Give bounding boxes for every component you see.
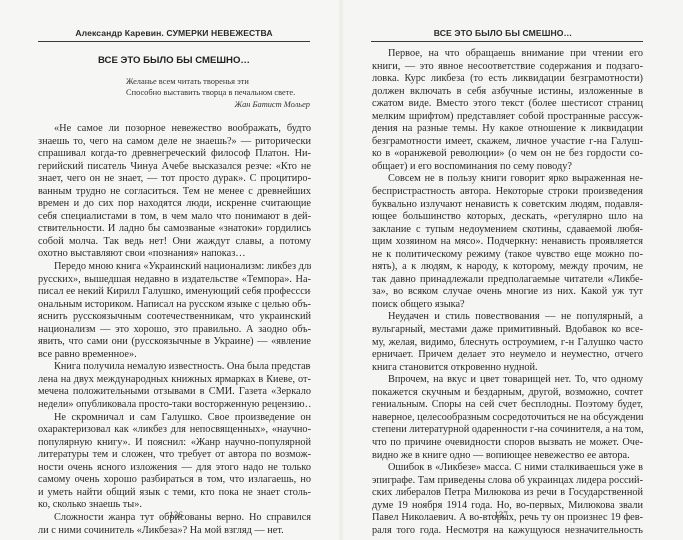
text-line: так давно принадлежали предполагаемые чи…	[372, 274, 643, 287]
text-line: ющее большинство которых, дескать, «регу…	[372, 211, 643, 224]
text-line: гениальным. Споры на сей счет бесплодны.…	[372, 399, 643, 412]
text-line: сжатом виде. Вместо этого текст (более ш…	[372, 98, 643, 111]
text-line: Не скромничал и сам Галушко. Свое произв…	[38, 412, 311, 425]
text-line: ли с ними сочинитель «Ликбеза»? На мой в…	[38, 525, 311, 538]
text-line: эпиграфе. Там приведены слова об украинц…	[372, 475, 643, 488]
text-line: щим хозяином на мясо». Подчеркну: ненави…	[372, 236, 643, 249]
left-page: Александр Каревин. СУМЕРКИ НЕВЕЖЕСТВА ВС…	[0, 0, 341, 540]
page-number-right: 137	[481, 510, 521, 520]
text-line: раля того года. Несмотря на кажущуюся не…	[372, 525, 643, 538]
text-line: знаешь то, чего на самом деле не знаешь?…	[38, 136, 311, 149]
text-line: популярную книгу». И пояснил: «Жанр науч…	[38, 437, 311, 450]
text-line: мечена положительными отзывами в СМИ. Га…	[38, 386, 311, 399]
text-line: знает, чего он не знает, — тот просто ду…	[38, 173, 311, 186]
text-line: охотно выставляют свои «познания» напока…	[38, 248, 311, 261]
text-line: мелким шрифтом) представляет собой прост…	[372, 111, 643, 124]
text-line: ности очень ясного изложения — для этого…	[38, 462, 311, 475]
text-line: русских», вышедшая недавно в издательств…	[38, 274, 311, 287]
text-line: яснить русскоязычным соотечественникам, …	[38, 311, 311, 324]
text-line: Первое, на что обращаешь внимание при чт…	[372, 48, 643, 61]
text-line: наверное, целесообразным сосредоточиться…	[372, 412, 643, 425]
text-line: Совсем не в пользу книги говорит ярко вы…	[372, 173, 643, 186]
text-line: книги, — это явное несоответствие содерж…	[372, 61, 643, 74]
text-line: ствительности. И ладно бы самозваные «зн…	[38, 223, 311, 236]
body-text-right: Первое, на что обращаешь внимание при чт…	[372, 48, 643, 537]
text-line: самому очень хорошо разбираться в том, ч…	[38, 474, 311, 487]
text-line: времен и до сих пор находятся люди, искр…	[38, 198, 311, 211]
running-head-right: ВСЕ ЭТО БЫЛО БЫ СМЕШНО…	[372, 28, 634, 38]
text-line: вульгарный, местами даже примитивный. Вд…	[372, 324, 643, 337]
text-line: ерничает. Причем делает это неумело и не…	[372, 349, 643, 362]
text-line: не к политическому режиму (такое чувство…	[372, 249, 643, 262]
text-line: спрашивал когда-то древнегреческий филос…	[38, 148, 311, 161]
text-line: беспристрастность автора. Некоторые стро…	[372, 186, 643, 199]
running-head-left: Александр Каревин. СУМЕРКИ НЕВЕЖЕСТВА	[38, 28, 310, 38]
text-line: нять), а к людям, к народу, к которому, …	[372, 261, 643, 274]
text-line: книга становится откровенно нудной.	[372, 362, 643, 375]
text-line: общает) и его воспоминания по сему повод…	[372, 161, 643, 174]
text-line: Впрочем, на вкус и цвет товарищей нет. Т…	[372, 374, 643, 387]
right-page: ВСЕ ЭТО БЫЛО БЫ СМЕШНО… Первое, на что о…	[341, 0, 683, 540]
text-line: литературы тем и сложен, что требует от …	[38, 449, 311, 462]
text-line: ко в «оранжевой революции» (о чем он не …	[372, 148, 643, 161]
page-number-left: 136	[156, 510, 196, 520]
text-line: поиск общего языка?	[372, 299, 643, 312]
text-line: буквально излучают ненависть к советским…	[372, 199, 643, 212]
text-line: и уметь найти общий язык с теми, кто пок…	[38, 487, 311, 500]
epigraph: Желанье всем читать творенья эти Способн…	[126, 77, 310, 111]
text-line: заклание с тупым недоумением скотины, сд…	[372, 224, 643, 237]
text-line: что по причине очевидности споров вызват…	[372, 437, 643, 450]
text-line: лена на двух международных книжных ярмар…	[38, 374, 311, 387]
book-spread: Александр Каревин. СУМЕРКИ НЕВЕЖЕСТВА ВС…	[0, 0, 683, 540]
text-line: должен включать в себя азбучные истины, …	[372, 86, 643, 99]
text-line: ональным историком. Написал на русском я…	[38, 299, 311, 312]
text-line: ванным трудно не согласиться. Тем не мен…	[38, 186, 311, 199]
text-line: явить, что сами они (русскоязычные в Укр…	[38, 336, 311, 349]
book-gutter	[338, 0, 344, 540]
body-text-left: «Не самое ли позорное невежество воображ…	[38, 123, 311, 537]
text-line: герийский писатель Чинуа Ачебе высказалс…	[38, 161, 311, 174]
text-line: видно же в книге одно — вопиющее невежес…	[372, 450, 643, 463]
text-line: все равно временное».	[38, 349, 311, 362]
text-line: безграмотности имеет, скажем, личное уча…	[372, 136, 643, 149]
chapter-title: ВСЕ ЭТО БЫЛО БЫ СМЕШНО…	[38, 55, 310, 66]
text-line: Неудачен и стиль повествования — не попу…	[372, 311, 643, 324]
text-line: ских либералов Петра Милюкова из речи в …	[372, 487, 643, 500]
text-line: дения на разные темы. Ну какое отношение…	[372, 123, 643, 136]
text-line: Передо мною книга «Украинский национализ…	[38, 261, 311, 274]
header-rule-right	[371, 41, 643, 42]
text-line: собой молча. Так ведь нет! Они жаждут сл…	[38, 236, 311, 249]
text-line: охарактеризовал как «ликбез для непосвящ…	[38, 424, 311, 437]
text-line: степени литературной одаренности г-на со…	[372, 424, 643, 437]
text-line: Книга получила немалую известность. Она …	[38, 361, 311, 374]
epigraph-line: Желанье всем читать творенья эти	[126, 77, 310, 88]
text-line: национализм — это хорошо, это правильно.…	[38, 324, 311, 337]
text-line: му, желая, видимо, блеснуть остроумием, …	[372, 337, 643, 350]
text-line: покажется скучным и бездарным, другой, в…	[372, 387, 643, 400]
epigraph-line: Способно выставить творца в печальном св…	[126, 88, 310, 99]
text-line: писал ее некий Кирилл Галушко, именующий…	[38, 286, 311, 299]
text-line: недели» опубликовала просто-таки восторж…	[38, 399, 311, 412]
epigraph-attribution: Жан Батист Мольер	[126, 100, 310, 111]
text-line: себя специалистами в том, в чем мало что…	[38, 211, 311, 224]
text-line: «Не самое ли позорное невежество воображ…	[38, 123, 311, 136]
text-line: ловка. Курс ликбеза (то есть ликвидации …	[372, 73, 643, 86]
text-line: за», во всяком случае очень многие из ни…	[372, 286, 643, 299]
text-line: Ошибок в «Ликбезе» масса. С ними сталкив…	[372, 462, 643, 475]
header-rule-left	[38, 41, 310, 42]
